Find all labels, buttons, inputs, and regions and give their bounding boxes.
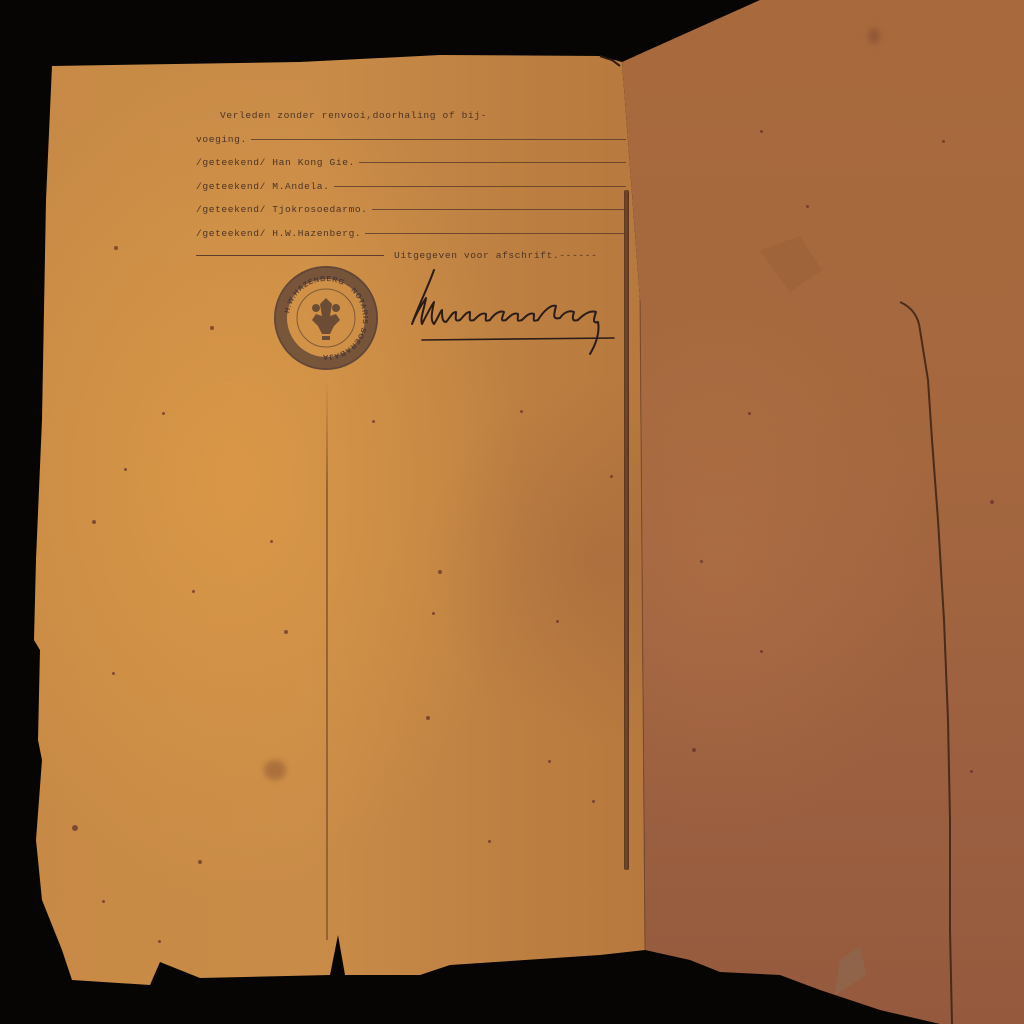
foxing-spot (548, 760, 551, 763)
foxing-spot (748, 412, 751, 415)
foxing-spot (270, 540, 273, 543)
foxing-spot (92, 520, 96, 524)
handwritten-signature-icon (404, 262, 624, 357)
deed-closing-line: Verleden zonder renvooi,doorhaling of bi… (196, 104, 626, 128)
issued-copy-text: Uitgegeven voor afschrift.------ (394, 250, 597, 261)
foxing-spot (692, 748, 696, 752)
foxing-spot (124, 468, 127, 471)
foxing-spot (700, 560, 703, 563)
signatory-name: /geteekend/ Tjokrosoedarmo. (196, 204, 368, 215)
foxing-spot (432, 612, 435, 615)
deed-closing-line-cont: voeging. (196, 128, 626, 152)
notary-seal-icon: H.W.HAZENBERG · NOTARIS SOERABAJA (274, 266, 378, 370)
signatory-line: /geteekend/ Han Kong Gie. (196, 151, 626, 175)
binding-spine (624, 190, 629, 870)
foxing-spot (426, 716, 430, 720)
signatory-line: /geteekend/ M.Andela. (196, 175, 626, 199)
signatory-line: /geteekend/ H.W.Hazenberg. (196, 222, 626, 246)
text-line: voeging. (196, 134, 247, 145)
foxing-spot (488, 840, 491, 843)
foxing-spot (520, 410, 523, 413)
stain (868, 28, 880, 44)
fill-rule (251, 139, 626, 140)
foxing-spot (192, 590, 195, 593)
foxing-spot (942, 140, 945, 143)
foxing-spot (112, 672, 115, 675)
foxing-spot (102, 900, 105, 903)
stain (264, 760, 286, 780)
foxing-spot (806, 205, 809, 208)
fill-rule (196, 255, 384, 256)
signatory-name: /geteekend/ Han Kong Gie. (196, 157, 355, 168)
foxing-spot (162, 412, 165, 415)
foxing-spot (556, 620, 559, 623)
foxing-spot (592, 800, 595, 803)
signatory-line: /geteekend/ Tjokrosoedarmo. (196, 198, 626, 222)
foxing-spot (284, 630, 288, 634)
signatory-name: /geteekend/ M.Andela. (196, 181, 330, 192)
foxing-spot (72, 825, 78, 831)
foxing-spot (114, 246, 118, 250)
foxing-spot (760, 130, 763, 133)
deed-text-block: Verleden zonder renvooi,doorhaling of bi… (196, 104, 626, 265)
fill-rule (359, 162, 626, 163)
foxing-spot (198, 860, 202, 864)
foxing-spot (210, 326, 214, 330)
foxing-spot (610, 475, 613, 478)
text-line: Verleden zonder renvooi,doorhaling of bi… (220, 110, 487, 121)
foxing-spot (158, 940, 161, 943)
foxing-spot (438, 570, 442, 574)
signatory-name: /geteekend/ H.W.Hazenberg. (196, 228, 361, 239)
fill-rule (372, 209, 626, 210)
foxing-spot (970, 770, 973, 773)
foxing-spot (372, 420, 375, 423)
page-fold-crease (326, 380, 328, 940)
foxing-spot (760, 650, 763, 653)
foxing-spot (990, 500, 994, 504)
fill-rule (334, 186, 626, 187)
fill-rule (365, 233, 626, 234)
